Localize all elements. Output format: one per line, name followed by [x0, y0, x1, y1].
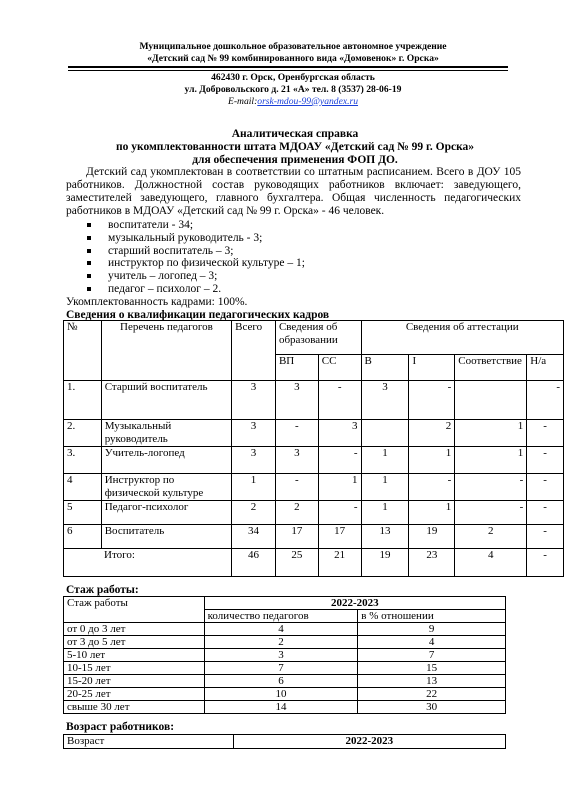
header-sootv: Соответствие: [455, 355, 527, 381]
cell-name: Учитель-логопед: [101, 447, 231, 474]
cell-pct: 13: [358, 675, 506, 688]
intro-paragraph-container: Детский сад укомплектован в соответствии…: [66, 166, 521, 218]
cell-i: -: [409, 381, 455, 420]
cell-pct: 30: [358, 701, 506, 714]
cell-vp: 17: [275, 525, 318, 549]
cell-sootv: 1: [455, 420, 527, 447]
cell-pct: 9: [358, 623, 506, 636]
document-title: Аналитическая справка по укомплектованно…: [60, 128, 530, 167]
cell-ss: -: [318, 501, 361, 525]
cell-name: Старший воспитатель: [101, 381, 231, 420]
cell-name: Инструктор по физической культуре: [101, 474, 231, 501]
table-total-row: Итого: 46 25 21 19 23 4 -: [64, 549, 564, 577]
header-rule-thin: [68, 70, 508, 71]
staff-list-item: старший воспитатель – 3;: [66, 245, 305, 258]
header-v: В: [361, 355, 409, 381]
header-experience: Стаж работы: [64, 597, 205, 623]
organization-header: Муниципальное дошкольное образовательное…: [60, 41, 526, 65]
table-row: 20-25 лет 10 22: [64, 688, 506, 701]
cell-num: 1.: [64, 381, 102, 420]
header-vp: ВП: [275, 355, 318, 381]
cell-vp: 3: [275, 447, 318, 474]
cell-range: от 0 до 3 лет: [64, 623, 205, 636]
header-total: Всего: [232, 321, 276, 381]
org-name-line2: «Детский сад № 99 комбинированного вида …: [60, 53, 526, 65]
cell-sootv: 2: [455, 525, 527, 549]
table-row: 15-20 лет 6 13: [64, 675, 506, 688]
cell-ss: -: [318, 447, 361, 474]
cell-num: 3.: [64, 447, 102, 474]
cell-total-label: Итого:: [64, 549, 232, 577]
cell-na: -: [527, 474, 564, 501]
table-row: 10-15 лет 7 15: [64, 662, 506, 675]
cell-na: -: [527, 447, 564, 474]
cell-count: 6: [204, 675, 358, 688]
cell-na: -: [527, 381, 564, 420]
title-line2: по укомплектованности штата МДОАУ «Детск…: [60, 141, 530, 154]
cell-total: 1: [232, 474, 276, 501]
cell-vp: 3: [275, 381, 318, 420]
header-rule-thick: [68, 66, 508, 68]
cell-i: 1: [409, 447, 455, 474]
header-year: 2022-2023: [204, 597, 505, 610]
cell-num: 2.: [64, 420, 102, 447]
email-link[interactable]: orsk-mdou-99@yandex.ru: [257, 96, 358, 107]
address-block: 462430 г. Орск, Оренбургская область ул.…: [60, 72, 526, 108]
table-row: 1. Старший воспитатель 3 3 - 3 - -: [64, 381, 564, 420]
cell-pct: 4: [358, 636, 506, 649]
cell-sootv: 1: [455, 447, 527, 474]
header-attestation: Сведения об аттестации: [361, 321, 563, 355]
cell-sootv: -: [455, 474, 527, 501]
header-list: Перечень педагогов: [101, 321, 231, 381]
cell-na: -: [527, 525, 564, 549]
table-row: от 0 до 3 лет 4 9: [64, 623, 506, 636]
cell-pct: 7: [358, 649, 506, 662]
cell-sootv: [455, 381, 527, 420]
header-pct: в % отношении: [358, 610, 506, 623]
org-name-line1: Муниципальное дошкольное образовательное…: [60, 41, 526, 53]
table-row: 5-10 лет 3 7: [64, 649, 506, 662]
address-line2: ул. Добровольского д. 21 «А» тел. 8 (353…: [60, 84, 526, 96]
header-age: Возраст: [64, 735, 234, 749]
cell-i: 19: [409, 525, 455, 549]
cell-name: Музыкальный руководитель: [101, 420, 231, 447]
cell-na: -: [527, 420, 564, 447]
staff-list: воспитатели - 34; музыкальный руководите…: [66, 219, 305, 296]
table-row: от 3 до 5 лет 2 4: [64, 636, 506, 649]
cell-total: 3: [232, 420, 276, 447]
staff-list-item: музыкальный руководитель - 3;: [66, 232, 305, 245]
cell-v: [361, 420, 409, 447]
cell-range: 20-25 лет: [64, 688, 205, 701]
cell-total: 3: [232, 447, 276, 474]
cell-v: 19: [361, 549, 409, 577]
cell-total: 34: [232, 525, 276, 549]
table-row: 2. Музыкальный руководитель 3 - 3 2 1 -: [64, 420, 564, 447]
table-row: 6 Воспитатель 34 17 17 13 19 2 -: [64, 525, 564, 549]
header-i: I: [409, 355, 455, 381]
table-row: 5 Педагог-психолог 2 2 - 1 1 - -: [64, 501, 564, 525]
cell-v: 1: [361, 447, 409, 474]
cell-num: 4: [64, 474, 102, 501]
header-count: количество педагогов: [204, 610, 358, 623]
cell-pct: 15: [358, 662, 506, 675]
intro-paragraph: Детский сад укомплектован в соответствии…: [66, 166, 521, 218]
cell-range: свыше 30 лет: [64, 701, 205, 714]
table-row: 4 Инструктор по физической культуре 1 - …: [64, 474, 564, 501]
age-heading: Возраст работников:: [66, 721, 174, 734]
cell-range: 10-15 лет: [64, 662, 205, 675]
title-line1: Аналитическая справка: [60, 128, 530, 141]
staffing-level: Укомплектованность кадрами: 100%.: [66, 296, 247, 309]
age-table: Возраст 2022-2023: [63, 734, 506, 749]
cell-range: 15-20 лет: [64, 675, 205, 688]
cell-vp: 2: [275, 501, 318, 525]
header-education: Сведения об образовании: [275, 321, 361, 355]
cell-v: 13: [361, 525, 409, 549]
cell-count: 4: [204, 623, 358, 636]
header-na: Н/а: [527, 355, 564, 381]
table-row: 3. Учитель-логопед 3 3 - 1 1 1 -: [64, 447, 564, 474]
cell-sootv: -: [455, 501, 527, 525]
header-age-year: 2022-2023: [233, 735, 505, 749]
cell-sootv: 4: [455, 549, 527, 577]
cell-total: 46: [232, 549, 276, 577]
cell-ss: 17: [318, 525, 361, 549]
email-line: E-mail:orsk-mdou-99@yandex.ru: [60, 96, 526, 108]
cell-total: 2: [232, 501, 276, 525]
cell-ss: 21: [318, 549, 361, 577]
staff-list-item: учитель – логопед – 3;: [66, 270, 305, 283]
cell-count: 3: [204, 649, 358, 662]
cell-count: 2: [204, 636, 358, 649]
cell-ss: 1: [318, 474, 361, 501]
cell-pct: 22: [358, 688, 506, 701]
document-page: Муниципальное дошкольное образовательное…: [0, 0, 566, 800]
header-ss: СС: [318, 355, 361, 381]
cell-range: 5-10 лет: [64, 649, 205, 662]
address-line1: 462430 г. Орск, Оренбургская область: [60, 72, 526, 84]
staff-list-item: инструктор по физической культуре – 1;: [66, 257, 305, 270]
qualification-table: № Перечень педагогов Всего Сведения об о…: [63, 320, 564, 577]
cell-ss: 3: [318, 420, 361, 447]
cell-ss: -: [318, 381, 361, 420]
cell-i: 1: [409, 501, 455, 525]
experience-table: Стаж работы 2022-2023 количество педагог…: [63, 596, 506, 714]
cell-v: 1: [361, 474, 409, 501]
cell-count: 14: [204, 701, 358, 714]
header-num: №: [64, 321, 102, 381]
cell-na: -: [527, 549, 564, 577]
cell-count: 7: [204, 662, 358, 675]
cell-num: 5: [64, 501, 102, 525]
cell-v: 3: [361, 381, 409, 420]
cell-i: 23: [409, 549, 455, 577]
email-label: E-mail:: [228, 96, 257, 107]
staff-list-item: воспитатели - 34;: [66, 219, 305, 232]
staff-list-item: педагог – психолог – 2.: [66, 283, 305, 296]
cell-count: 10: [204, 688, 358, 701]
cell-total: 3: [232, 381, 276, 420]
cell-vp: -: [275, 474, 318, 501]
cell-v: 1: [361, 501, 409, 525]
cell-i: 2: [409, 420, 455, 447]
cell-vp: 25: [275, 549, 318, 577]
cell-vp: -: [275, 420, 318, 447]
table-row: свыше 30 лет 14 30: [64, 701, 506, 714]
cell-range: от 3 до 5 лет: [64, 636, 205, 649]
cell-i: -: [409, 474, 455, 501]
cell-num: 6: [64, 525, 102, 549]
cell-na: -: [527, 501, 564, 525]
cell-name: Педагог-психолог: [101, 501, 231, 525]
cell-name: Воспитатель: [101, 525, 231, 549]
